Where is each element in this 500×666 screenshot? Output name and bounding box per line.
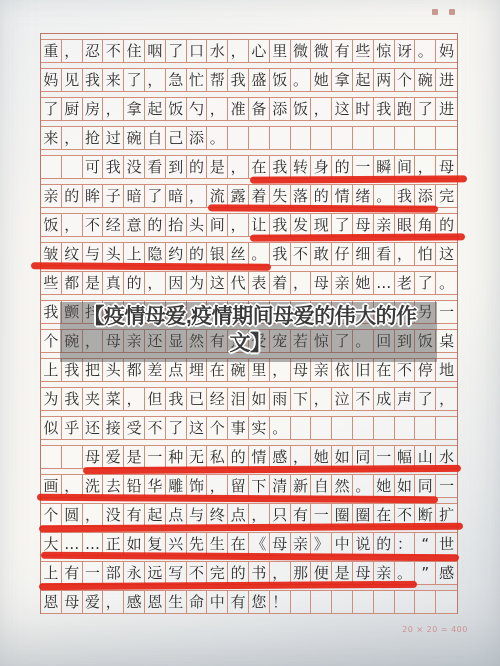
grid-cell: 上	[124, 243, 145, 265]
grid-cell: 的	[228, 446, 249, 468]
grid-cell: ，	[62, 40, 83, 62]
grid-cell: …	[374, 272, 395, 294]
grid-cell: 了	[415, 98, 436, 120]
grid-cell: 母	[311, 272, 332, 294]
grid-cell: 远	[145, 562, 166, 584]
grid-cell: 亲	[332, 272, 353, 294]
grid-cell	[395, 417, 416, 439]
grid-cell	[415, 127, 436, 149]
grid-cell: 约	[166, 243, 187, 265]
grid-cell: 着	[270, 272, 291, 294]
grid-cell	[395, 127, 416, 149]
grid-cell: ，	[228, 214, 249, 236]
grid-cell: 停	[415, 359, 436, 381]
grid-cell: 饭	[291, 98, 312, 120]
grid-cell: 我	[83, 69, 104, 91]
grid-cell: 。	[353, 475, 374, 497]
grid-cell	[332, 417, 353, 439]
grid-cell: 这	[207, 272, 228, 294]
grid-cell: 母	[353, 214, 374, 236]
grid-cell: 起	[145, 504, 166, 526]
grid-cell: 种	[166, 446, 187, 468]
grid-cell: 感	[270, 446, 291, 468]
grid-cell: 完	[436, 185, 457, 207]
grid-cell: 终	[207, 504, 228, 526]
grid-cell: 点	[166, 504, 187, 526]
red-underline	[250, 175, 467, 183]
grid-cell: 细	[353, 243, 374, 265]
grid-cell: 的	[311, 185, 332, 207]
grid-cell: 可	[83, 156, 104, 178]
grid-cell	[353, 417, 374, 439]
grid-cell: 点	[228, 504, 249, 526]
grid-cell: 留	[228, 475, 249, 497]
grid-cell: ，	[187, 185, 208, 207]
grid-cell	[62, 446, 83, 468]
grid-cell: ，	[103, 591, 124, 613]
grid-cell: 里	[270, 40, 291, 62]
grid-cell: 一	[436, 475, 457, 497]
grid-cell: 母	[270, 533, 291, 555]
grid-cell: 怕	[415, 243, 436, 265]
grid-cell: 的	[124, 272, 145, 294]
grid-cell: 是	[83, 272, 104, 294]
grid-cell: 有	[228, 591, 249, 613]
grid-cell: 自	[311, 475, 332, 497]
grid-cell: 跑	[395, 98, 416, 120]
grid-cell: 心	[249, 40, 270, 62]
grid-cell: ”	[415, 562, 436, 584]
grid-cell: 自	[145, 127, 166, 149]
grid-cell: ，	[291, 446, 312, 468]
grid-cell: 旧	[353, 359, 374, 381]
grid-cell	[311, 591, 332, 613]
grid-cell: 乎	[62, 417, 83, 439]
grid-cell: 我	[270, 156, 291, 178]
grid-cell: 表	[249, 272, 270, 294]
grid-cell: 永	[124, 562, 145, 584]
grid-cell	[228, 127, 249, 149]
grid-cell: 情	[249, 446, 270, 468]
grid-cell: 惊	[374, 40, 395, 62]
grid-cell: 我	[62, 388, 83, 410]
red-underline	[31, 262, 271, 270]
grid-cell: ，	[311, 388, 332, 410]
grid-cell: 丝	[228, 243, 249, 265]
grid-cell: 世	[436, 533, 457, 555]
grid-cell: 瞬	[374, 156, 395, 178]
grid-cell: ，	[145, 272, 166, 294]
grid-cell: 急	[166, 69, 187, 91]
grid-cell: 一	[83, 562, 104, 584]
grid-cell: 的	[228, 562, 249, 584]
grid-cell: ！	[270, 591, 291, 613]
grid-cell: 不	[145, 417, 166, 439]
red-underline	[41, 552, 459, 562]
grid-cell	[41, 446, 62, 468]
grid-cell: 把	[83, 359, 104, 381]
grid-cell	[62, 156, 83, 178]
grid-cell: 抬	[166, 214, 187, 236]
grid-cell: 头	[187, 214, 208, 236]
grid-cell: 为	[187, 272, 208, 294]
grid-cell: 如	[395, 475, 416, 497]
grid-cell: 母	[83, 446, 104, 468]
grid-cell: ，	[395, 243, 416, 265]
grid-cell: 您	[249, 591, 270, 613]
grid-cell: 亲	[41, 185, 62, 207]
grid-cell: 实	[249, 417, 270, 439]
grid-cell: ，	[145, 69, 166, 91]
grid-cell: 情	[332, 185, 353, 207]
grid-cell: 间	[207, 214, 228, 236]
grid-cell: 没	[103, 504, 124, 526]
grid-cell	[332, 127, 353, 149]
grid-cell: 隐	[145, 243, 166, 265]
grid-cell: 敢	[311, 243, 332, 265]
grid-cell: 己	[166, 127, 187, 149]
grid-cell: 她	[374, 475, 395, 497]
grid-cell: 帮	[207, 69, 228, 91]
grid-cell: 拿	[124, 98, 145, 120]
grid-cell	[395, 591, 416, 613]
grid-cell: 生	[166, 591, 187, 613]
grid-cell	[291, 591, 312, 613]
grid-cell: 为	[41, 388, 62, 410]
grid-cell: 了	[415, 388, 436, 410]
grid-cell	[249, 127, 270, 149]
grid-row: 似乎还接受不了这个事实。	[41, 416, 457, 440]
grid-cell: 有	[332, 40, 353, 62]
red-underline	[39, 581, 417, 590]
grid-cell: 添	[187, 127, 208, 149]
grid-cell	[311, 127, 332, 149]
grid-cell: 我	[228, 69, 249, 91]
grid-cell: 完	[207, 562, 228, 584]
grid-cell: “	[415, 533, 436, 555]
grid-cell	[415, 591, 436, 613]
grid-cell: 住	[124, 40, 145, 62]
grid-cell: ，	[62, 127, 83, 149]
grid-cell: 一	[353, 156, 374, 178]
grid-cell: 让	[249, 214, 270, 236]
grid-cell: 生	[207, 533, 228, 555]
grid-cell: 妈	[436, 40, 457, 62]
corner-mark-icon	[432, 9, 438, 15]
grid-cell: 是	[207, 156, 228, 178]
grid-cell: 这	[187, 417, 208, 439]
grid-row: 些都是真的，因为这代表着，母亲她…老了。	[41, 271, 457, 295]
grid-cell: 讶	[395, 40, 416, 62]
grid-cell: ，	[436, 388, 457, 410]
grid-cell	[41, 156, 62, 178]
grid-cell: 厨	[62, 98, 83, 120]
grid-cell: 上	[41, 562, 62, 584]
grid-cell: 事	[228, 417, 249, 439]
grid-cell: 代	[228, 272, 249, 294]
grid-cell: 不	[83, 214, 104, 236]
grid-cell: 似	[41, 417, 62, 439]
grid-cell: 的	[187, 243, 208, 265]
grid-cell: 然	[332, 475, 353, 497]
grid-cell: 》	[311, 533, 332, 555]
grid-cell: 个	[41, 504, 62, 526]
grid-cell: 在	[228, 533, 249, 555]
grid-cell: 子	[103, 185, 124, 207]
grid-cell	[353, 127, 374, 149]
red-underline	[250, 233, 465, 241]
grid-cell: 起	[145, 98, 166, 120]
grid-cell	[291, 127, 312, 149]
grid-cell: 重	[41, 40, 62, 62]
grid-cell: 备	[249, 98, 270, 120]
grid-cell: 时	[353, 98, 374, 120]
grid-cell: 饭	[41, 214, 62, 236]
grid-cell: 银	[207, 243, 228, 265]
grid-cell: 忙	[187, 69, 208, 91]
grid-cell: 如	[249, 388, 270, 410]
grid-cell: 咽	[145, 40, 166, 62]
grid-cell: 不	[395, 359, 416, 381]
grid-cell: 。	[207, 127, 228, 149]
grid-cell: 《	[249, 533, 270, 555]
grid-cell: ，	[62, 214, 83, 236]
grid-row: 妈见我来了，急忙帮我盛饭。她拿起两个碗进	[41, 68, 457, 92]
grid-cell: 声	[395, 388, 416, 410]
grid-cell: 是	[124, 446, 145, 468]
grid-cell: 勺	[187, 98, 208, 120]
red-underline	[37, 494, 438, 503]
grid-cell: 说	[353, 533, 374, 555]
grid-cell: 有	[62, 562, 83, 584]
grid-cell	[353, 591, 374, 613]
red-underline	[39, 523, 463, 533]
grid-cell: ，	[249, 504, 270, 526]
grid-cell: 了	[124, 69, 145, 91]
grid-cell: 来	[103, 69, 124, 91]
grid-cell: 接	[103, 417, 124, 439]
grid-cell: 没	[124, 156, 145, 178]
grid-cell: 已	[187, 388, 208, 410]
grid-cell: 泪	[228, 388, 249, 410]
grid-cell: 。	[291, 69, 312, 91]
grid-cell: 了	[41, 98, 62, 120]
grid-cell: 在	[207, 359, 228, 381]
grid-row: 来，抢过碗自己添。	[41, 126, 457, 150]
grid-cell: 转	[291, 156, 312, 178]
grid-cell: 点	[166, 359, 187, 381]
grid-cell: 饭	[270, 69, 291, 91]
grid-cell: ：	[395, 533, 416, 555]
grid-cell: 些	[41, 272, 62, 294]
grid-cell: 都	[124, 359, 145, 381]
grid-cell: 意	[124, 214, 145, 236]
grid-cell: 发	[291, 214, 312, 236]
grid-cell: 我	[374, 98, 395, 120]
grid-cell	[415, 417, 436, 439]
grid-cell: 清	[270, 475, 291, 497]
grid-cell	[270, 127, 291, 149]
grid-cell: 的	[62, 185, 83, 207]
grid-cell: 亲	[374, 214, 395, 236]
grid-cell: ，	[124, 388, 145, 410]
grid-cell: 母	[291, 359, 312, 381]
article-title-line1: 【疫情母爱,疫情期间母爱的伟大的作	[0, 303, 500, 330]
grid-cell: ，	[228, 40, 249, 62]
grid-cell: 头	[103, 243, 124, 265]
grid-cell: 现	[311, 214, 332, 236]
grid-cell: 恩	[41, 591, 62, 613]
red-underline	[83, 465, 461, 474]
grid-cell: 我	[270, 243, 291, 265]
grid-cell: 失	[270, 185, 291, 207]
grid-cell: 了	[145, 185, 166, 207]
grid-cell: 圆	[62, 504, 83, 526]
grid-cell: 过	[103, 127, 124, 149]
grid-cell: 了	[415, 272, 436, 294]
grid-cell: 经	[103, 214, 124, 236]
grid-cell: 感	[124, 591, 145, 613]
grid-cell: ，	[83, 504, 104, 526]
grid-cell: 因	[166, 272, 187, 294]
grid-cell: 到	[166, 156, 187, 178]
grid-cell: ，	[207, 98, 228, 120]
grid-cell: 母	[62, 591, 83, 613]
grid-cell	[374, 127, 395, 149]
page-corner-marks	[432, 9, 455, 15]
grid-cell: 我	[62, 359, 83, 381]
grid-cell: 的	[332, 156, 353, 178]
grid-cell: 准	[228, 98, 249, 120]
grid-cell: 。	[374, 185, 395, 207]
grid-cell: 还	[83, 417, 104, 439]
article-title-line2: 文】	[0, 330, 500, 357]
grid-cell: 只	[270, 504, 291, 526]
grid-cell: 命	[187, 591, 208, 613]
article-title: 【疫情母爱,疫情期间母爱的伟大的作 文】	[0, 303, 500, 357]
grid-cell: 的	[187, 156, 208, 178]
grid-row: 为我夹菜，但我已经泪如雨下，泣不成声了，	[41, 387, 457, 411]
grid-cell	[291, 417, 312, 439]
grid-cell: 添	[415, 185, 436, 207]
grid-cell: 与	[187, 504, 208, 526]
grid-cell: 暗	[166, 185, 187, 207]
grid-cell	[436, 591, 457, 613]
grid-cell	[436, 127, 457, 149]
grid-cell: 爱	[83, 591, 104, 613]
corner-mark-icon	[449, 9, 455, 15]
grid-cell: 在	[374, 359, 395, 381]
grid-cell: 泣	[332, 388, 353, 410]
grid-cell: 添	[270, 98, 291, 120]
grid-cell: 些	[353, 40, 374, 62]
grid-cell: 仔	[332, 243, 353, 265]
grid-cell: 里	[249, 359, 270, 381]
grid-cell: 。	[249, 243, 270, 265]
grid-cell: 妈	[41, 69, 62, 91]
grid-cell: 眸	[83, 185, 104, 207]
red-underline	[208, 204, 438, 212]
grid-cell: 看	[145, 156, 166, 178]
grid-cell: 我	[166, 388, 187, 410]
grid-cell: 受	[124, 417, 145, 439]
grid-cell: 进	[436, 69, 457, 91]
grid-cell: 不	[353, 388, 374, 410]
grid-cell: 忍	[83, 40, 104, 62]
grid-cell: 中	[207, 591, 228, 613]
grid-cell	[332, 591, 353, 613]
grid-cell: 依	[332, 359, 353, 381]
grid-cell: 她	[353, 272, 374, 294]
grid-cell: 这	[332, 98, 353, 120]
grid-cell: 起	[353, 69, 374, 91]
grid-cell: 无	[187, 446, 208, 468]
grid-row: 了厨房，拿起饭勺，准备添饭，这时我跑了进	[41, 97, 457, 121]
grid-cell: 亲	[291, 533, 312, 555]
sheet-capacity-label: 20 × 20 = 400	[398, 625, 472, 634]
grid-cell: 暗	[124, 185, 145, 207]
grid-cell: 不	[103, 40, 124, 62]
grid-cell: 进	[436, 98, 457, 120]
grid-cell: 成	[374, 388, 395, 410]
grid-cell: 下	[249, 475, 270, 497]
grid-row: 恩母爱，感恩生命中有您！	[41, 590, 457, 614]
grid-cell: 我	[103, 156, 124, 178]
grid-cell: 。	[436, 272, 457, 294]
grid-cell: 夹	[83, 388, 104, 410]
grid-cell: 地	[436, 359, 457, 381]
grid-cell: 埋	[187, 359, 208, 381]
grid-cell: 亲	[311, 359, 332, 381]
grid-cell: 绪	[353, 185, 374, 207]
grid-cell: 水	[207, 40, 228, 62]
grid-cell: ，	[228, 156, 249, 178]
grid-cell	[374, 417, 395, 439]
grid-cell: 都	[62, 272, 83, 294]
grid-cell: 碗	[124, 127, 145, 149]
grid-cell: 有	[124, 504, 145, 526]
grid-cell: 同	[415, 475, 436, 497]
grid-cell: 感	[436, 562, 457, 584]
grid-cell: 部	[103, 562, 124, 584]
grid-cell: 个	[207, 417, 228, 439]
grid-cell: 口	[187, 40, 208, 62]
grid-cell: 个	[395, 69, 416, 91]
grid-cell: 了	[166, 40, 187, 62]
grid-cell: 她	[311, 69, 332, 91]
grid-cell: 书	[249, 562, 270, 584]
grid-cell: 抢	[83, 127, 104, 149]
grid-cell: ，	[103, 98, 124, 120]
grid-cell: 不	[187, 562, 208, 584]
grid-cell: 私	[207, 446, 228, 468]
grid-cell	[374, 591, 395, 613]
grid-cell: 差	[145, 359, 166, 381]
grid-cell	[311, 417, 332, 439]
grid-cell: ，	[207, 475, 228, 497]
grid-cell: 新	[291, 475, 312, 497]
grid-cell: 看	[374, 243, 395, 265]
grid-cell: 的	[374, 533, 395, 555]
grid-cell: 碗	[228, 359, 249, 381]
grid-cell: 下	[291, 388, 312, 410]
grid-cell: 饰	[187, 475, 208, 497]
grid-cell: 真	[103, 272, 124, 294]
grid-cell: 这	[436, 243, 457, 265]
grid-cell: 经	[207, 388, 228, 410]
grid-cell: 。	[415, 40, 436, 62]
grid-cell: 房	[83, 98, 104, 120]
